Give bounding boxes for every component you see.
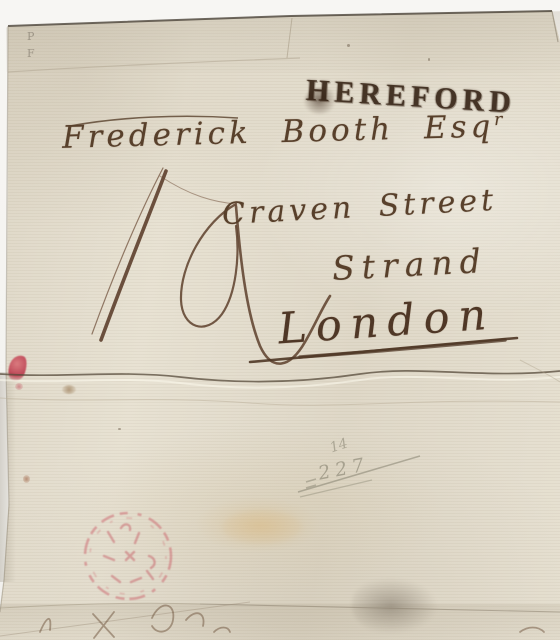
bottom-fold-band (0, 604, 560, 640)
address-esq-superscript: r (494, 110, 507, 130)
tan-stain (222, 510, 302, 544)
wax-seal-speck (15, 383, 23, 390)
rust-speck (23, 475, 30, 483)
left-edge-shadow (0, 372, 16, 582)
margin-mark-lower: F (27, 47, 35, 60)
brown-stain (62, 385, 76, 394)
scanned-cover-photo: HEREFORD Frederick Booth Esqr Craven Str… (0, 0, 560, 640)
margin-mark-upper: P (27, 30, 34, 43)
top-fold-flap (6, 10, 560, 72)
fly-speck (428, 58, 430, 61)
fly-speck (118, 428, 121, 430)
fly-speck (347, 44, 350, 47)
address-line-district: Strand (331, 241, 489, 288)
ink-smudge (352, 578, 438, 634)
